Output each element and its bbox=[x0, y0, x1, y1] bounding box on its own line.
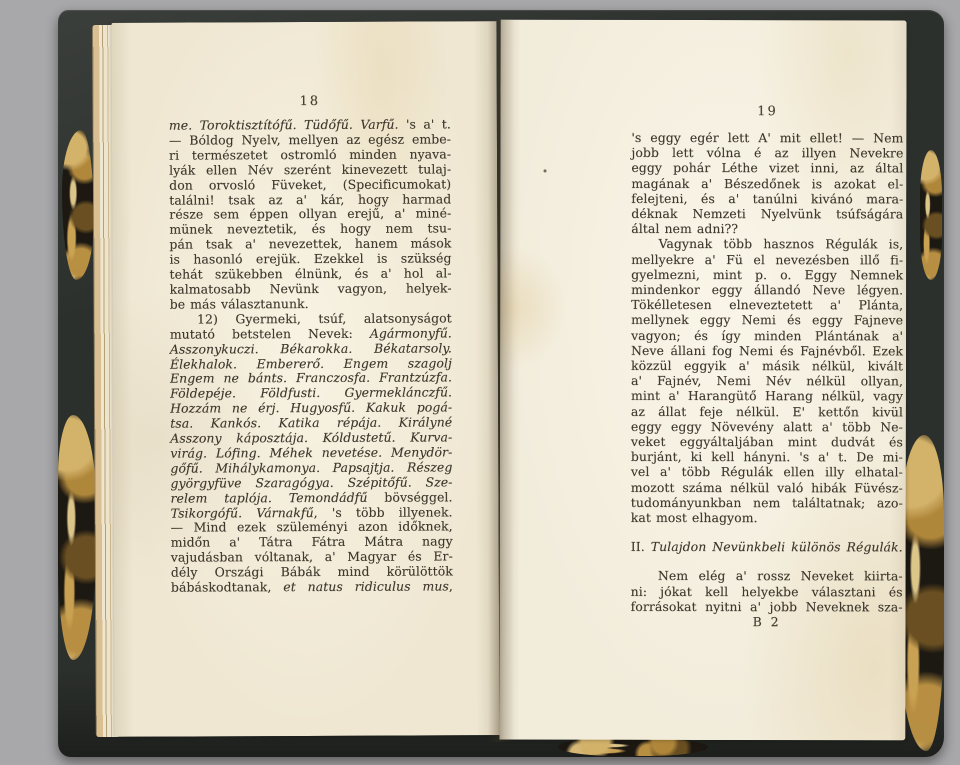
text-line: veket eggyáltaljában mint dudvát és bbox=[631, 434, 903, 450]
photo-backdrop: 18 me. Toroktisztítófű. Tüdőfű. Varfű. '… bbox=[0, 0, 960, 765]
page-number-left: 18 bbox=[169, 93, 451, 109]
text-line: 's eggy egér lett A' mit ellet! — Nem bbox=[631, 130, 903, 146]
text-line: mint a' Harangütő Harang nélkül, vagy bbox=[631, 388, 903, 404]
text-line: burjánt, ki kell hányni. 's a' t. De mi- bbox=[631, 449, 903, 465]
text-line: forrásokat nyitni a' jobb Neveknek sza- bbox=[631, 599, 903, 615]
text-line: Neve állani fog Nemi és Fajnévből. Ezek bbox=[631, 343, 903, 359]
book-cover: 18 me. Toroktisztítófű. Tüdőfű. Varfű. '… bbox=[58, 10, 944, 757]
page-number-right: 19 bbox=[631, 104, 903, 119]
marbled-cover-edge bbox=[62, 130, 94, 280]
text-line: Tökélletesen elneveztetett a' Plánta, bbox=[631, 297, 903, 313]
text-line: eggy eggy Növevény alatt a' több Ne- bbox=[631, 419, 903, 435]
text-line: kalmatosabb Nevünk vagyon, helyek- bbox=[170, 281, 452, 297]
left-page: 18 me. Toroktisztítófű. Tüdőfű. Varfű. '… bbox=[111, 21, 499, 737]
marbled-cover-edge bbox=[58, 415, 96, 660]
text-line: tudományunkban nem találtatnak; azo- bbox=[631, 495, 903, 511]
marbled-cover-edge bbox=[558, 738, 708, 756]
text-line: gyelmezni, mint p. o. Eggy Nemnek bbox=[631, 267, 903, 283]
text-line: mindenkor eggy állandó Neve légyen. bbox=[631, 282, 903, 298]
text-line: vagyon; és így minden Plántának a' bbox=[631, 328, 903, 344]
text-line: mozott száma nélkül való hibák Füvész- bbox=[631, 480, 903, 496]
text-line: felejteni, és a' tanúlni kivánó mara- bbox=[631, 191, 903, 207]
text-line: közzül eggyik a' másik nélkül, kivált bbox=[631, 358, 903, 374]
text-line: Nem elég a' rossz Neveket kiirta- bbox=[631, 568, 903, 584]
text-line: bábáskodtanak, et natus ridiculus mus, bbox=[171, 579, 453, 595]
text-line: II. Tulajdon Nevünkbeli különös Régulák. bbox=[631, 539, 903, 555]
text-line: déknak Nemzeti Nyelvünk tsúfságára bbox=[631, 206, 903, 222]
right-page-text: 's eggy egér lett A' mit ellet! — Nemjob… bbox=[631, 130, 904, 630]
text-line: a' Fajnév, Nemi Név nélkül ollyan, bbox=[631, 373, 903, 389]
text-line: B 2 bbox=[631, 614, 903, 630]
text-line: magának a' Bészedőnek is azokat el- bbox=[631, 175, 903, 191]
text-line: által nem adni?? bbox=[631, 221, 903, 237]
text-line: kat most elhagyom. bbox=[631, 510, 903, 526]
marbled-cover-edge bbox=[900, 435, 944, 751]
marbled-cover-edge bbox=[920, 150, 942, 280]
right-page: 19 's eggy egér lett A' mit ellet! — Nem… bbox=[499, 20, 906, 741]
text-line: eggy pohár Léthe vizet inni, az által bbox=[631, 160, 903, 176]
text-line: mellynek eggy Nemi és eggy Fajneve bbox=[631, 312, 903, 328]
text-line: mellyekre a' Fü el nevezésben illő fi- bbox=[631, 251, 903, 267]
text-line: ni: jókat kell helyekbe választani és bbox=[631, 584, 903, 600]
text-line: vel a' több Régulák ellen illy elhatal- bbox=[631, 464, 903, 480]
text-line: Vagynak több hasznos Régulák is, bbox=[631, 236, 903, 252]
text-line: az állat feje nélkül. E' kettőn kivül bbox=[631, 404, 903, 420]
left-page-text: me. Toroktisztítófű. Tüdőfű. Varfű. 's a… bbox=[169, 117, 453, 595]
text-line: jobb lett vólna é az illyen Nevekre bbox=[631, 145, 903, 161]
